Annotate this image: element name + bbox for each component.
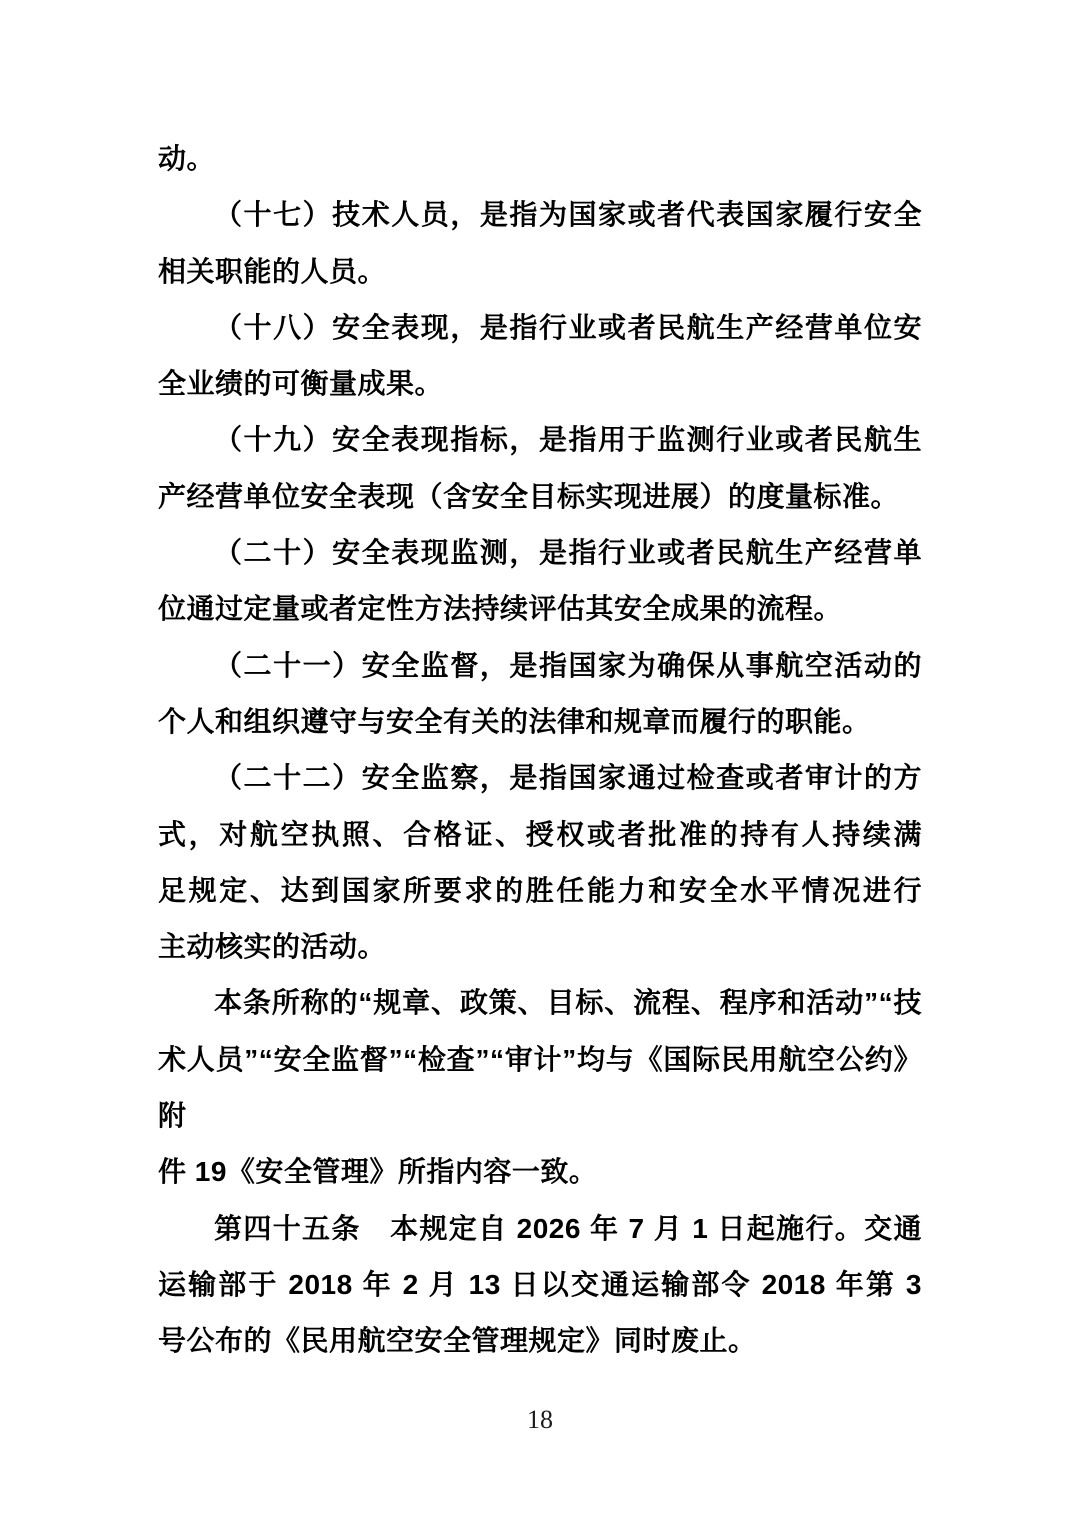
text-line: 式，对航空执照、合格证、授权或者批准的持有人持续满 — [158, 807, 922, 863]
text-line: （十七）技术人员，是指为国家或者代表国家履行安全 — [158, 187, 922, 243]
text-line: 第四十五条 本规定自 2026 年 7 月 1 日起施行。交通 — [158, 1201, 922, 1257]
document-page: 动。（十七）技术人员，是指为国家或者代表国家履行安全相关职能的人员。（十八）安全… — [0, 0, 1080, 1527]
text-line: 术人员”“安全监督”“检查”“审计”均与《国际民用航空公约》附 — [158, 1032, 922, 1145]
text-line: 动。 — [158, 131, 922, 187]
text-line: （二十）安全表现监测，是指行业或者民航生产经营单 — [158, 525, 922, 581]
text-line: （十九）安全表现指标，是指用于监测行业或者民航生 — [158, 412, 922, 468]
paragraph: （十九）安全表现指标，是指用于监测行业或者民航生产经营单位安全表现（含安全目标实… — [158, 412, 922, 525]
text-line: 主动核实的活动。 — [158, 919, 922, 975]
paragraph: 第四十五条 本规定自 2026 年 7 月 1 日起施行。交通运输部于 2018… — [158, 1201, 922, 1370]
text-line: （十八）安全表现，是指行业或者民航生产经营单位安 — [158, 300, 922, 356]
paragraph: 动。 — [158, 131, 922, 187]
paragraph: （二十一）安全监督，是指国家为确保从事航空活动的个人和组织遵守与安全有关的法律和… — [158, 638, 922, 751]
paragraph: （十七）技术人员，是指为国家或者代表国家履行安全相关职能的人员。 — [158, 187, 922, 300]
page-footer: 18 — [0, 1405, 1080, 1435]
document-body: 动。（十七）技术人员，是指为国家或者代表国家履行安全相关职能的人员。（十八）安全… — [158, 131, 922, 1370]
text-line: 全业绩的可衡量成果。 — [158, 356, 922, 412]
paragraph: （二十）安全表现监测，是指行业或者民航生产经营单位通过定量或者定性方法持续评估其… — [158, 525, 922, 638]
paragraph: 本条所称的“规章、政策、目标、流程、程序和活动”“技术人员”“安全监督”“检查”… — [158, 975, 922, 1200]
text-line: 本条所称的“规章、政策、目标、流程、程序和活动”“技 — [158, 975, 922, 1031]
text-line: 件 19《安全管理》所指内容一致。 — [158, 1144, 922, 1200]
text-line: 个人和组织遵守与安全有关的法律和规章而履行的职能。 — [158, 694, 922, 750]
text-line: 相关职能的人员。 — [158, 244, 922, 300]
text-line: 产经营单位安全表现（含安全目标实现进展）的度量标准。 — [158, 469, 922, 525]
paragraph: （十八）安全表现，是指行业或者民航生产经营单位安全业绩的可衡量成果。 — [158, 300, 922, 413]
text-line: 位通过定量或者定性方法持续评估其安全成果的流程。 — [158, 581, 922, 637]
text-line: 运输部于 2018 年 2 月 13 日以交通运输部令 2018 年第 3 — [158, 1257, 922, 1313]
text-line: （二十二）安全监察，是指国家通过检查或者审计的方 — [158, 750, 922, 806]
paragraph: （二十二）安全监察，是指国家通过检查或者审计的方式，对航空执照、合格证、授权或者… — [158, 750, 922, 975]
text-line: 足规定、达到国家所要求的胜任能力和安全水平情况进行 — [158, 863, 922, 919]
text-line: （二十一）安全监督，是指国家为确保从事航空活动的 — [158, 638, 922, 694]
text-line: 号公布的《民用航空安全管理规定》同时废止。 — [158, 1313, 922, 1369]
page-number: 18 — [527, 1405, 553, 1435]
